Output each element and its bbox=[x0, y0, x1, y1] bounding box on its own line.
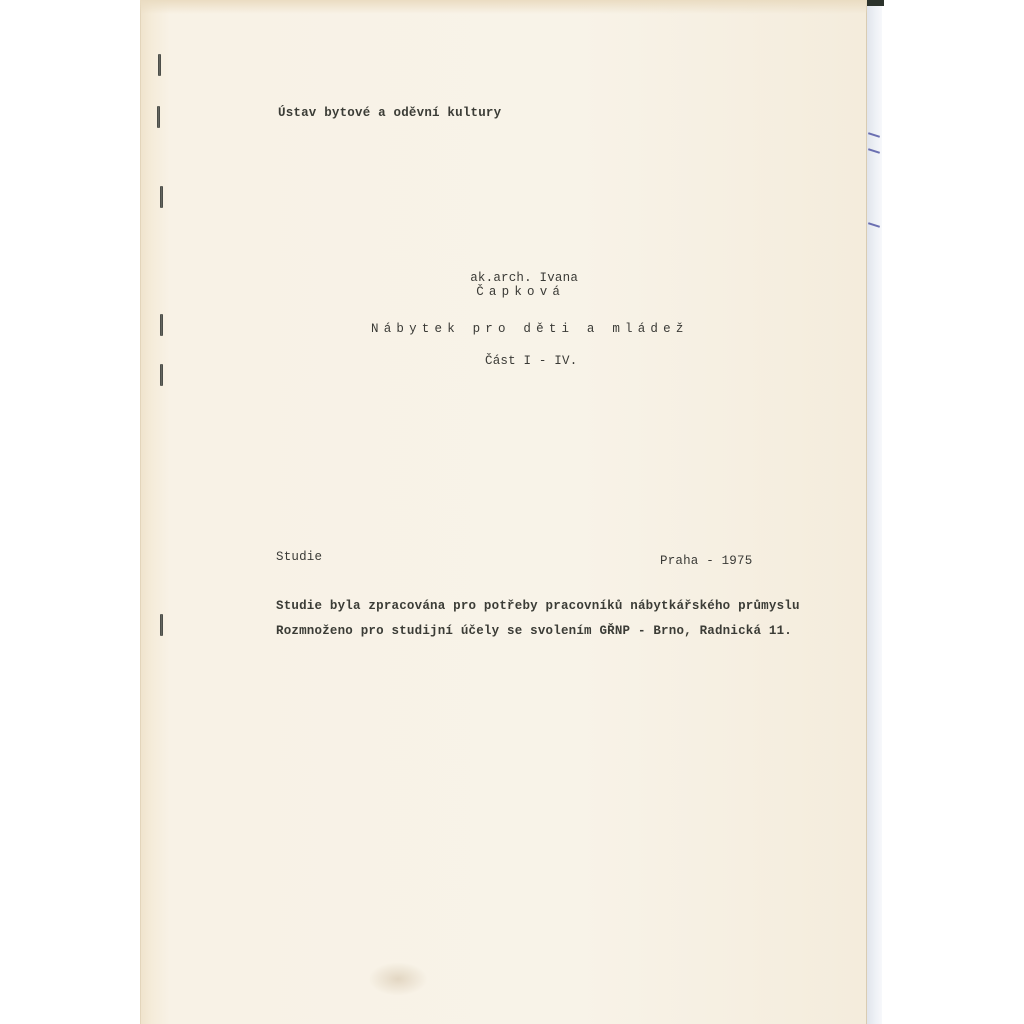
cover-page: Ústav bytové a oděvní kultury ak.arch. I… bbox=[140, 0, 867, 1024]
staple-middle bbox=[160, 186, 163, 208]
purpose-note: Studie byla zpracována pro potřeby praco… bbox=[276, 599, 800, 613]
page-top-edge bbox=[140, 0, 867, 14]
author-line: ak.arch. Ivana Čapková bbox=[424, 257, 578, 313]
staple-bottom bbox=[160, 314, 163, 336]
staple-2 bbox=[160, 364, 163, 386]
staple-top bbox=[158, 54, 161, 76]
staple-1 bbox=[157, 106, 160, 128]
author-surname: Čapková bbox=[476, 285, 565, 299]
staple-3 bbox=[160, 614, 163, 636]
paper-stain bbox=[368, 962, 428, 996]
document-subtitle: Část I - IV. bbox=[485, 354, 577, 368]
document-title: Nábytek pro děti a mládež bbox=[371, 322, 689, 336]
back-sheet-corner bbox=[866, 0, 884, 6]
document-genre: Studie bbox=[276, 550, 322, 564]
reproduction-note: Rozmnoženo pro studijní účely se svolení… bbox=[276, 624, 792, 638]
place-and-year: Praha - 1975 bbox=[660, 554, 752, 568]
scanned-document: Ústav bytové a oděvní kultury ak.arch. I… bbox=[0, 0, 1024, 1024]
back-sheet-edge bbox=[866, 0, 882, 1024]
institution-name: Ústav bytové a oděvní kultury bbox=[278, 106, 501, 120]
author-prefix: ak.arch. Ivana bbox=[470, 271, 578, 285]
